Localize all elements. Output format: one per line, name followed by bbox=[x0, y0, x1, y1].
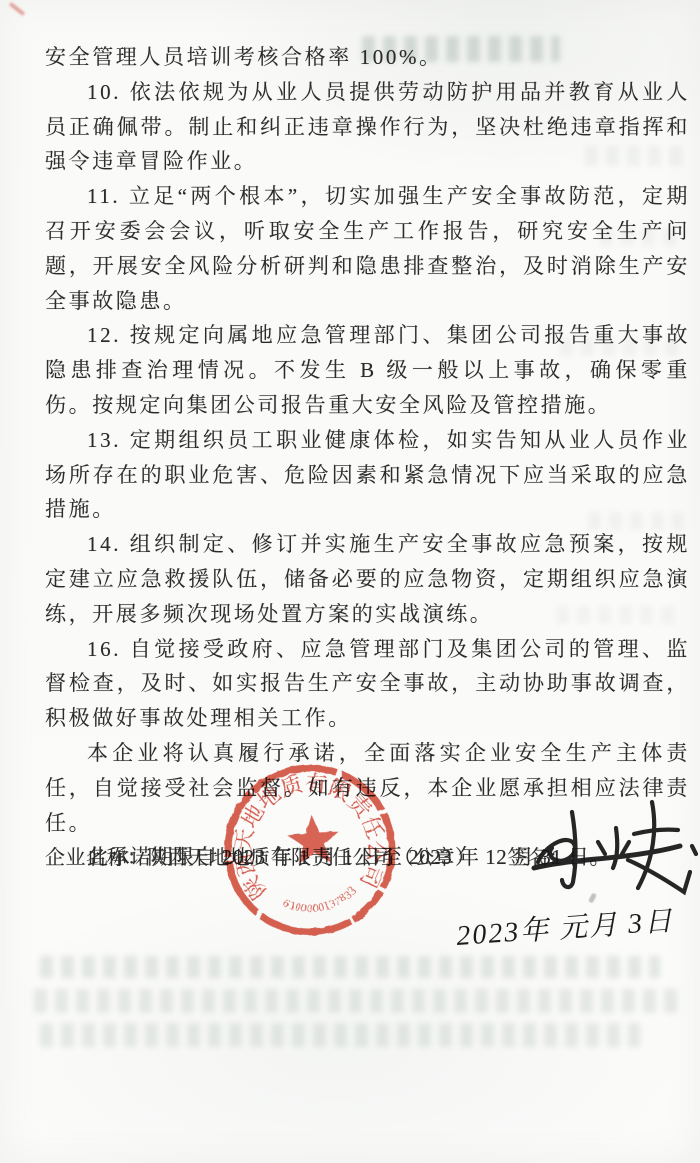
paragraph-item-12: 12. 按规定向属地应急管理部门、集团公司报告重大事故隐患排查治理情况。不发生 … bbox=[45, 318, 690, 422]
seal-note: （公章） bbox=[394, 847, 476, 869]
company-name-label: 企业名称： bbox=[45, 847, 148, 869]
paragraph-item-16: 16. 自觉接受政府、应急管理部门及集团公司的管理、监督检查，及时、如实报告生产… bbox=[45, 632, 690, 736]
paragraph-item-10: 10. 依法依规为从业人员提供劳动防护用品并教育从业人员正确佩带。制止和纠正违章… bbox=[45, 75, 690, 179]
paragraph-item-14: 14. 组织制定、修订并实施生产安全事故应急预案，按规定建立应急救援队伍，储备必… bbox=[45, 527, 690, 631]
paragraph-item-11: 11. 立足“两个根本”，切实加强生产安全事故防范，定期召开安委会会议，听取安全… bbox=[45, 179, 690, 318]
company-name-value: 陕西天地地质有限责任公司 bbox=[148, 847, 394, 869]
handwritten-signature bbox=[528, 798, 700, 898]
paragraph-continuation: 安全管理人员培训考核合格率 100%。 bbox=[45, 40, 690, 75]
red-scan-mark bbox=[9, 2, 26, 16]
document-body: 安全管理人员培训考核合格率 100%。 10. 依法依规为从业人员提供劳动防护用… bbox=[45, 40, 690, 875]
bleed-through-text bbox=[40, 1023, 640, 1047]
paragraph-item-13: 13. 定期组织员工职业健康体检，如实告知从业人员作业场所存在的职业危害、危险因… bbox=[45, 423, 690, 527]
bleed-through-text bbox=[40, 956, 660, 978]
bleed-through-text bbox=[34, 989, 682, 1013]
handwritten-date: 2023年 元月 3日 bbox=[455, 898, 687, 954]
scanned-document-page: 安全管理人员培训考核合格率 100%。 10. 依法依规为从业人员提供劳动防护用… bbox=[0, 0, 700, 1163]
seal-code: 6100000137833 bbox=[280, 884, 360, 917]
